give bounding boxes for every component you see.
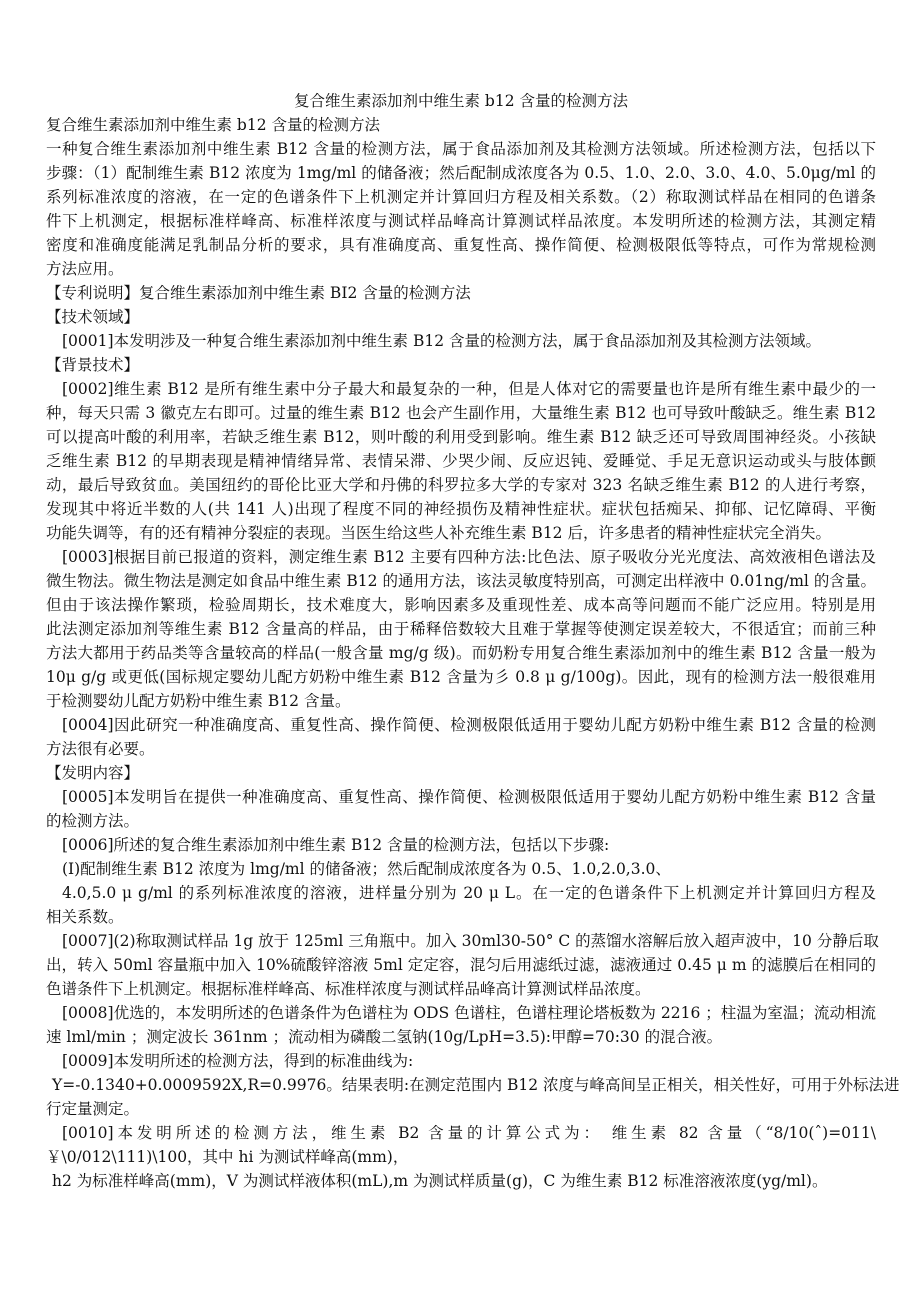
paragraph-line: 种，每天只需 3 徽克左右即可。过量的维生素 B12 也会产生副作用，大量维生素… [46, 401, 876, 425]
patent-heading: 【专利说明】复合维生素添加剂中维生素 BI2 含量的检测方法 [46, 281, 876, 305]
paragraph-0001: [0001]本发明涉及一种复合维生素添加剂中维生素 B12 含量的检测方法，属于… [46, 329, 876, 353]
paragraph-line: 4.0,5.0 μ g/ml 的系列标准浓度的溶液，进样量分别为 20 μ L。… [46, 881, 876, 905]
abstract-line: 一种复合维生素添加剂中维生素 B12 含量的检测方法，属于食品添加剂及其检测方法… [46, 137, 876, 161]
paragraph-line: [0002]维生素 B12 是所有维生素中分子最大和最复杂的一种，但是人体对它的… [46, 377, 876, 401]
paragraph-line: 功能失调等，有的还有精神分裂症的表现。当医生给这些人补充维生素 B12 后，许多… [46, 521, 876, 545]
paragraph-line: 色谱条件下上机测定。根据标准样峰高、标准样浓度与测试样品峰高计算测试样品浓度。 [46, 977, 876, 1001]
paragraph-line: 此法测定添加剂等维生素 B12 含量高的样品，由于稀释倍数较大且难于掌握等使测定… [46, 617, 876, 641]
paragraph-line: [0005]本发明旨在提供一种准确度高、重复性高、操作简便、检测极限低适用于婴幼… [46, 785, 876, 809]
paragraph-line: 行定量测定。 [46, 1097, 876, 1121]
standard-curve-equation: Y=-0.1340+0.0009592X,R=0.9976。结果表明:在测定范围… [46, 1073, 876, 1097]
paragraph-line: 动，最后导致贫血。美国纽约的哥伦比亚大学和丹佛的科罗拉多大学的专家对 323 名… [46, 473, 876, 497]
abstract-line: 密度和准确度能满足乳制品分析的要求，具有准确度高、重复性高、操作简便、检测极限低… [46, 233, 876, 257]
paragraph-line: [0004]因此研究一种准确度高、重复性高、操作简便、检测极限低适用于婴幼儿配方… [46, 713, 876, 737]
paragraph-line: 于检测婴幼儿配方奶粉中维生素 B12 含量。 [46, 689, 876, 713]
paragraph-line: 相关系数。 [46, 905, 876, 929]
abstract-line: 步骤：（1）配制维生素 B12 浓度为 1mg/ml 的储备液；然后配制成浓度各… [46, 161, 876, 185]
paragraph-0009: [0009]本发明所述的检测方法，得到的标准曲线为: Y=-0.1340+0.0… [46, 1049, 876, 1121]
paragraph-line: 发现其中将近半数的人(共 141 人)出现了程度不同的神经损伤及精神性症状。症状… [46, 497, 876, 521]
paragraph-0007: [0007](2)称取测试样品 1g 放于 125ml 三角瓶中。加入 30ml… [46, 929, 876, 1001]
paragraph-line: (I)配制维生素 B12 浓度为 lmg/ml 的储备液；然后配制成浓度各为 0… [46, 857, 876, 881]
section-heading-invention: 【发明内容】 [46, 761, 876, 785]
paragraph-0002: [0002]维生素 B12 是所有维生素中分子最大和最复杂的一种，但是人体对它的… [46, 377, 876, 545]
paragraph-line: h2 为标准样峰高(mm)，V 为测试样液体积(mL),m 为测试样质量(g)，… [46, 1169, 876, 1193]
paragraph-line: 可以提高叶酸的利用率，若缺乏维生素 B12，则叶酸的利用受到影响。维生素 B12… [46, 425, 876, 449]
paragraph-line: 出，转入 50ml 容量瓶中加入 10%硫酸锌溶液 5ml 定定容，混匀后用滤纸… [46, 953, 876, 977]
abstract-line: 件下上机测定，根据标准样峰高、标准样浓度与测试样品峰高计算测试样品浓度。本发明所… [46, 209, 876, 233]
paragraph-line: 但由于该法操作繁琐，检验周期长，技术难度大，影响因素多及重现性差、成本高等问题而… [46, 593, 876, 617]
paragraph-line: 10μ g/g 或更低(国标规定婴幼儿配方奶粉中维生素 B12 含量为彡 0.8… [46, 665, 876, 689]
paragraph-line: 微生物法。微生物法是测定如食品中维生素 B12 的通用方法，该法灵敏度特别高，可… [46, 569, 876, 593]
paragraph-line: ￥\0/012\111)\100，其中 hi 为测试样峰高(mm)， [46, 1145, 876, 1169]
paragraph-line: [0009]本发明所述的检测方法，得到的标准曲线为: [46, 1049, 876, 1073]
paragraph-line: [0001]本发明涉及一种复合维生素添加剂中维生素 B12 含量的检测方法，属于… [46, 329, 876, 353]
abstract-line: 方法应用。 [46, 257, 876, 281]
section-heading-background: 【背景技术】 [46, 353, 876, 377]
paragraph-line: 速 lml/min ；测定波长 361nm ；流动相为磷酸二氢钠(10g/LpH… [46, 1025, 876, 1049]
paragraph-line: 方法大都用于药品类等含量较高的样品(一般含量 mg/g 级)。而奶粉专用复合维生… [46, 641, 876, 665]
paragraph-line: 乏维生素 B12 的早期表现是精神情绪异常、表情呆滞、少哭少闹、反应迟钝、爱睡觉… [46, 449, 876, 473]
paragraph-line: 方法很有必要。 [46, 737, 876, 761]
paragraph-0003: [0003]根据目前已报道的资料，测定维生素 B12 主要有四种方法:比色法、原… [46, 545, 876, 713]
paragraph-0008: [0008]优选的，本发明所述的色谱条件为色谱柱为 ODS 色谱柱，色谱柱理论塔… [46, 1001, 876, 1049]
paragraph-0010: [0010]本发明所述的检测方法，维生素 B2 含量的计算公式为： 维生素 82… [46, 1121, 876, 1193]
paragraph-0005: [0005]本发明旨在提供一种准确度高、重复性高、操作简便、检测极限低适用于婴幼… [46, 785, 876, 833]
abstract-line: 系列标准浓度的溶液，在一定的色谱条件下上机测定并计算回归方程及相关系数。（2）称… [46, 185, 876, 209]
section-heading-tech-field: 【技术领域】 [46, 305, 876, 329]
paragraph-line: [0010]本发明所述的检测方法，维生素 B2 含量的计算公式为： 维生素 82… [46, 1121, 876, 1145]
paragraph-line: [0007](2)称取测试样品 1g 放于 125ml 三角瓶中。加入 30ml… [46, 929, 876, 953]
paragraph-line: 的检测方法。 [46, 809, 876, 833]
paragraph-0006: [0006]所述的复合维生素添加剂中维生素 B12 含量的检测方法，包括以下步骤… [46, 833, 876, 929]
document-subtitle: 复合维生素添加剂中维生素 b12 含量的检测方法 [46, 113, 876, 137]
document-title: 复合维生素添加剂中维生素 b12 含量的检测方法 [46, 89, 876, 113]
paragraph-line: [0008]优选的，本发明所述的色谱条件为色谱柱为 ODS 色谱柱，色谱柱理论塔… [46, 1001, 876, 1025]
paragraph-line: [0006]所述的复合维生素添加剂中维生素 B12 含量的检测方法，包括以下步骤… [46, 833, 876, 857]
paragraph-0004: [0004]因此研究一种准确度高、重复性高、操作简便、检测极限低适用于婴幼儿配方… [46, 713, 876, 761]
document-page: 复合维生素添加剂中维生素 b12 含量的检测方法 复合维生素添加剂中维生素 b1… [46, 89, 876, 1193]
abstract: 一种复合维生素添加剂中维生素 B12 含量的检测方法，属于食品添加剂及其检测方法… [46, 137, 876, 281]
paragraph-line: [0003]根据目前已报道的资料，测定维生素 B12 主要有四种方法:比色法、原… [46, 545, 876, 569]
